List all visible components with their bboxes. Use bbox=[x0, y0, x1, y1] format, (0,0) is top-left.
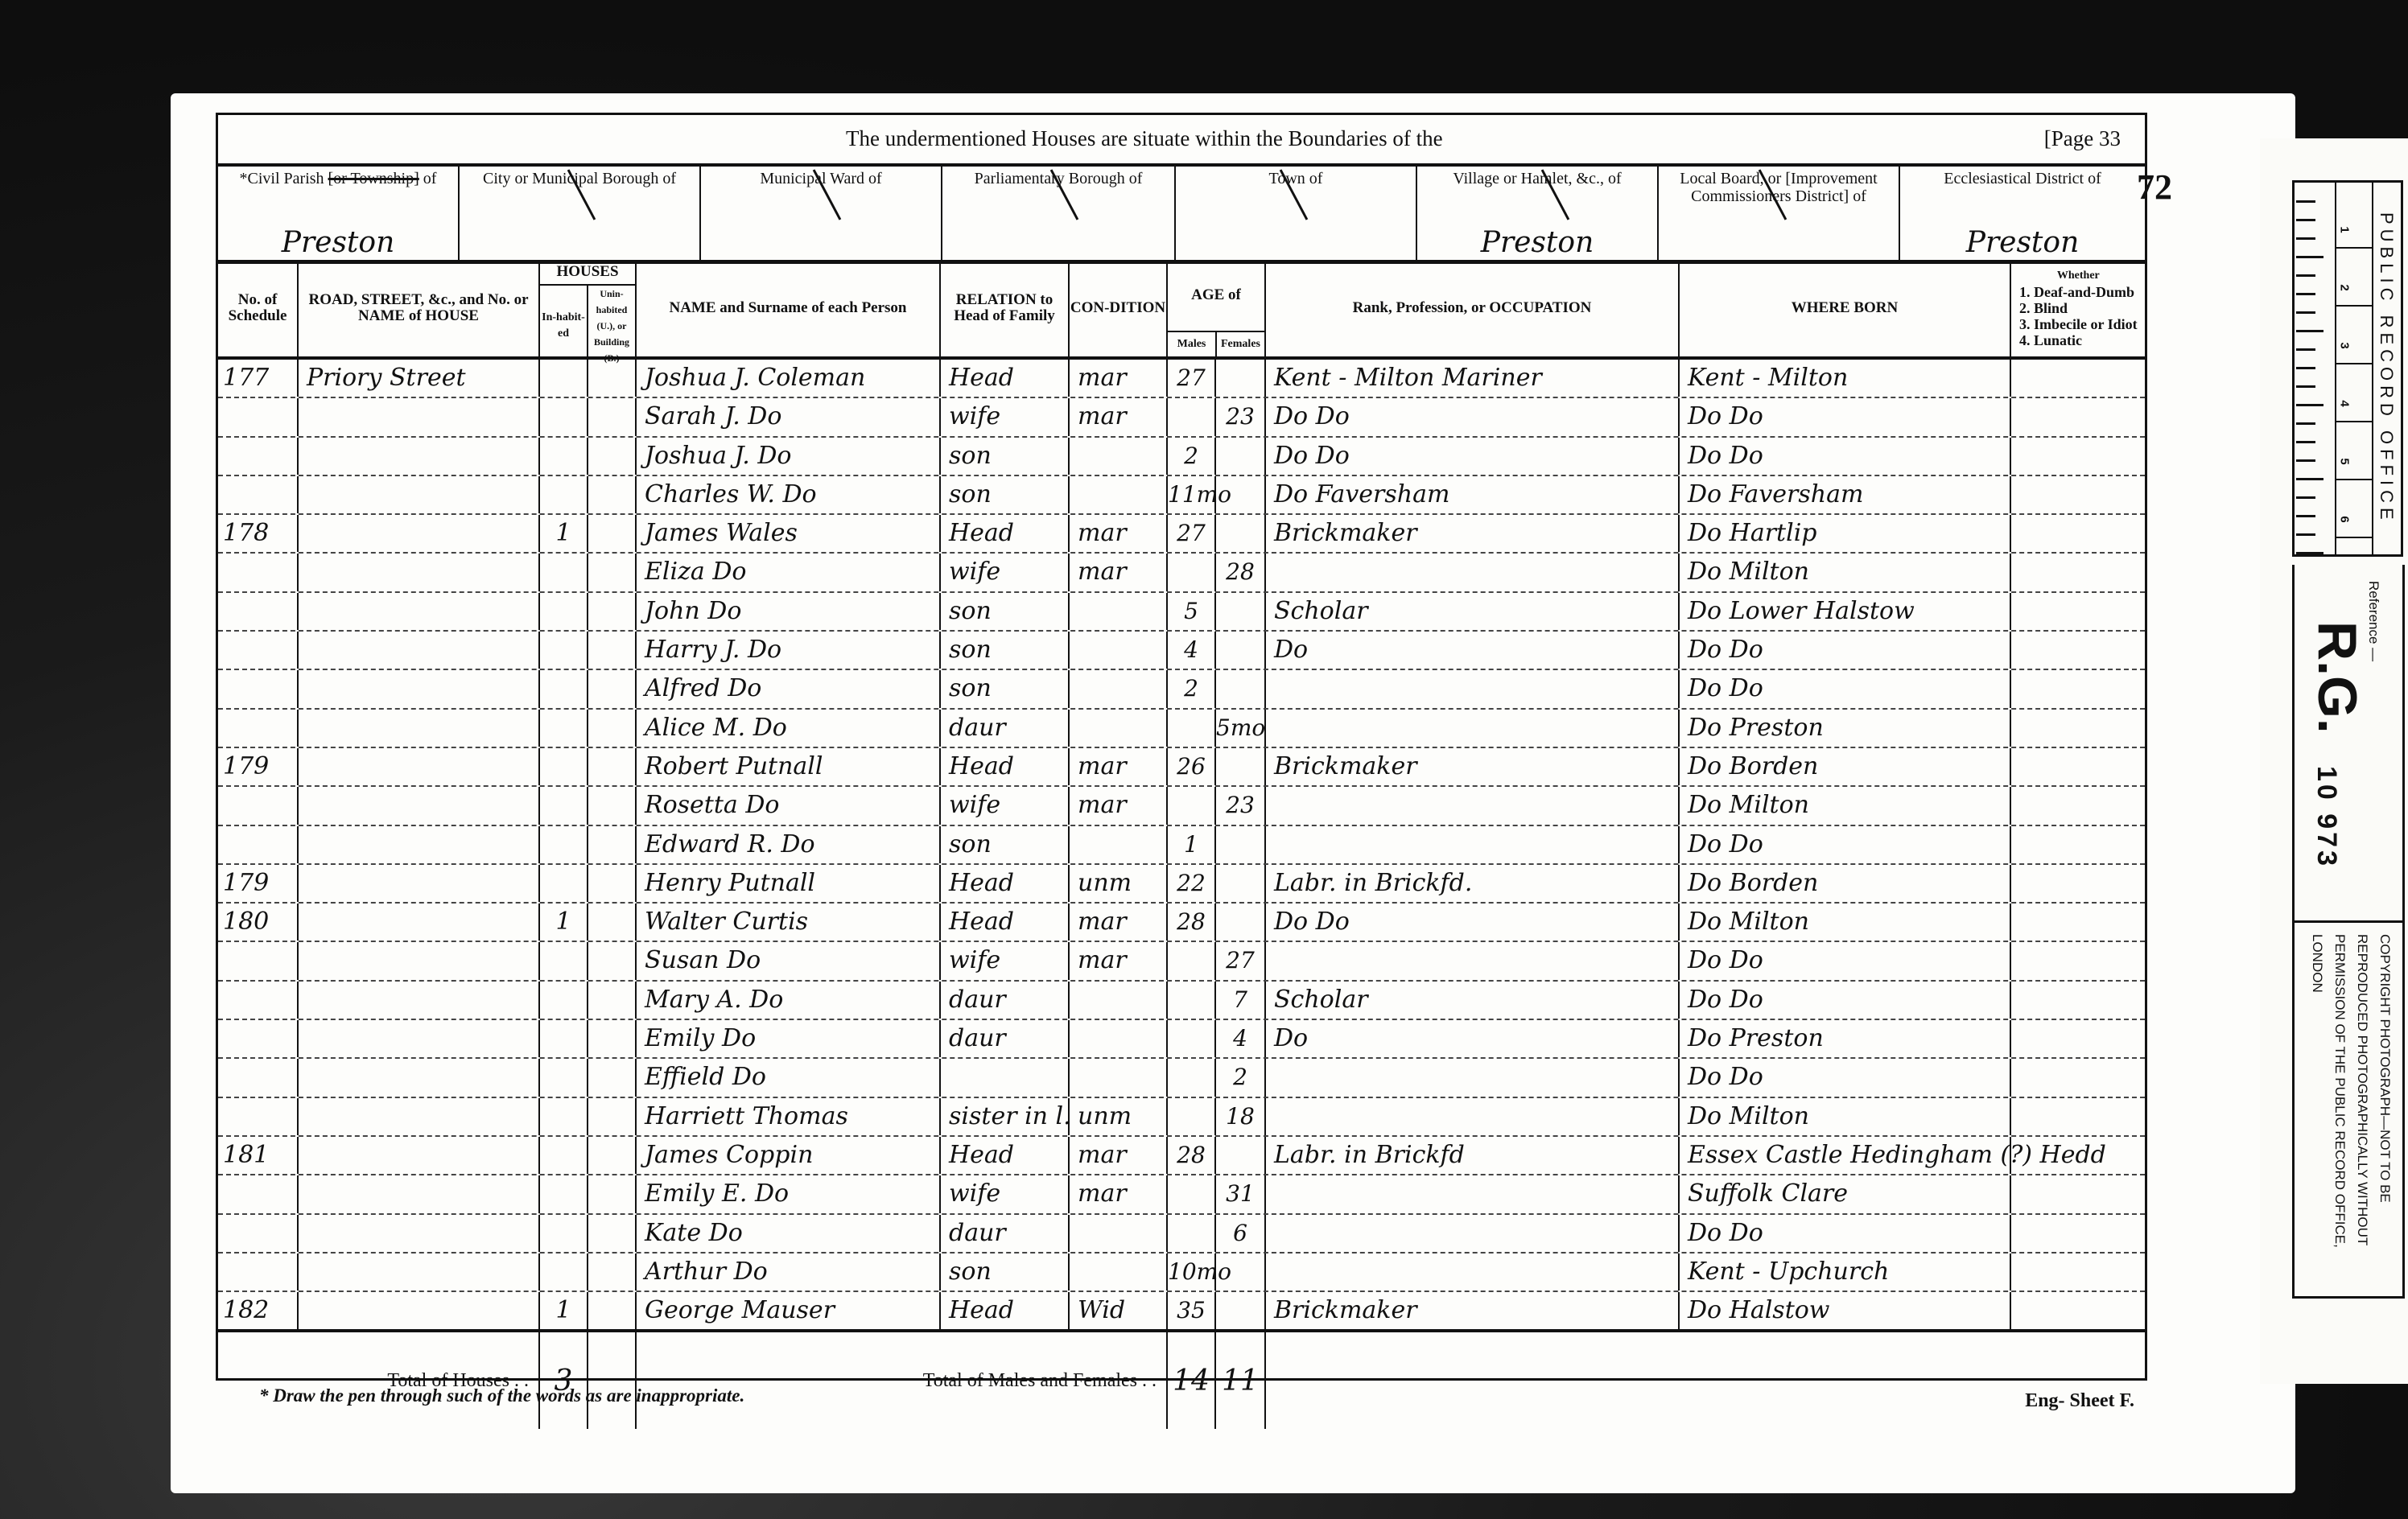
cell-occupation: Labr. in Brickfd bbox=[1266, 1137, 1680, 1174]
table-row: Mary A. Dodaur7ScholarDo Do bbox=[218, 982, 2145, 1020]
ruler-tick bbox=[2296, 552, 2323, 554]
table-row: Susan Dowifemar27Do Do bbox=[218, 942, 2145, 981]
cell-occupation: Labr. in Brickfd. bbox=[1266, 865, 1680, 902]
cell-condition: mar bbox=[1070, 360, 1168, 397]
sheet-mark: Eng- Sheet F. bbox=[2025, 1390, 2134, 1412]
cell-female-age: 23 bbox=[1216, 398, 1266, 435]
cell-where-born: Do Milton bbox=[1680, 904, 2011, 941]
cell-inhabited: 1 bbox=[540, 1292, 588, 1329]
cell-road bbox=[299, 710, 540, 747]
cell-male-age: 22 bbox=[1168, 865, 1216, 902]
cell-male-age bbox=[1168, 710, 1216, 747]
cell-uninhabited bbox=[588, 476, 637, 513]
boundary-label: Town of bbox=[1269, 170, 1323, 187]
cell-uninhabited bbox=[588, 1292, 637, 1329]
ruler-tick bbox=[2296, 385, 2315, 388]
cell-male-age: 2 bbox=[1168, 438, 1216, 475]
boundary-municipal-borough: City or Municipal Borough of bbox=[460, 163, 701, 260]
cell-road bbox=[299, 1059, 540, 1096]
boundary-parliamentary-borough: Parliamentary Borough of bbox=[942, 163, 1176, 260]
cell-occupation bbox=[1266, 710, 1680, 747]
cell-uninhabited bbox=[588, 1098, 637, 1135]
cell-relation: Head bbox=[941, 515, 1070, 552]
cell-schedule bbox=[218, 1253, 299, 1291]
cell-where-born: Do Borden bbox=[1680, 865, 2011, 902]
cell-infirmity bbox=[2011, 438, 2145, 475]
cell-female-age bbox=[1216, 515, 1266, 552]
cell-condition bbox=[1070, 1059, 1168, 1096]
cell-infirmity bbox=[2011, 710, 2145, 747]
cell-female-age bbox=[1216, 904, 1266, 941]
cell-inhabited bbox=[540, 1137, 588, 1174]
cell-occupation: Do bbox=[1266, 1020, 1680, 1057]
cell-female-age bbox=[1216, 1137, 1266, 1174]
header-name: NAME and Surname of each Person bbox=[637, 260, 941, 356]
cell-name: Sarah J. Do bbox=[637, 398, 941, 435]
cell-schedule: 181 bbox=[218, 1137, 299, 1174]
cell-condition: unm bbox=[1070, 865, 1168, 902]
totals-blank bbox=[1266, 1332, 2145, 1429]
ruler-tick bbox=[2296, 348, 2315, 351]
cell-condition: mar bbox=[1070, 787, 1168, 824]
cell-condition bbox=[1070, 982, 1168, 1019]
cm-number: 5 bbox=[2338, 458, 2352, 464]
cell-male-age: 11mo bbox=[1168, 476, 1216, 513]
cell-relation: wife bbox=[941, 1175, 1070, 1212]
cell-schedule: 177 bbox=[218, 360, 299, 397]
cell-relation: son bbox=[941, 670, 1070, 707]
cm-number: 2 bbox=[2338, 284, 2352, 290]
cell-where-born: Do Preston bbox=[1680, 710, 2011, 747]
cell-where-born: Do Hartlip bbox=[1680, 515, 2011, 552]
cell-occupation: Brickmaker bbox=[1266, 748, 1680, 785]
boundary-village: Village or Hamlet, &c., of Preston bbox=[1417, 163, 1659, 260]
cell-road bbox=[299, 670, 540, 707]
cell-male-age: 27 bbox=[1168, 360, 1216, 397]
cell-male-age bbox=[1168, 1175, 1216, 1212]
cm-divider bbox=[2335, 247, 2372, 249]
cell-female-age bbox=[1216, 476, 1266, 513]
boundary-ecclesiastical-district: Ecclesiastical District of Preston bbox=[1900, 163, 2145, 260]
cell-condition bbox=[1070, 826, 1168, 863]
cell-relation: Head bbox=[941, 360, 1070, 397]
cell-name: Edward R. Do bbox=[637, 826, 941, 863]
boundary-value: Preston bbox=[218, 234, 458, 252]
banner-title: The undermentioned Houses are situate wi… bbox=[846, 126, 1443, 151]
cell-road bbox=[299, 438, 540, 475]
ruler-tick bbox=[2296, 515, 2315, 517]
cell-uninhabited bbox=[588, 865, 637, 902]
cell-condition bbox=[1070, 710, 1168, 747]
total-houses-value: 3 bbox=[540, 1332, 588, 1429]
cell-name: Emily E. Do bbox=[637, 1175, 941, 1212]
cell-female-age bbox=[1216, 1292, 1266, 1329]
cell-inhabited bbox=[540, 593, 588, 630]
table-row: Joshua J. Doson2Do DoDo Do bbox=[218, 438, 2145, 476]
header-road: ROAD, STREET, &c., and No. or NAME of HO… bbox=[299, 260, 540, 356]
cell-name: Joshua J. Coleman bbox=[637, 360, 941, 397]
cell-inhabited bbox=[540, 982, 588, 1019]
cell-female-age: 6 bbox=[1216, 1215, 1266, 1252]
cell-where-born: Do Halstow bbox=[1680, 1292, 2011, 1329]
cell-female-age: 23 bbox=[1216, 787, 1266, 824]
cell-road bbox=[299, 904, 540, 941]
cell-inhabited bbox=[540, 787, 588, 824]
cell-infirmity bbox=[2011, 593, 2145, 630]
cell-schedule bbox=[218, 787, 299, 824]
cell-male-age: 1 bbox=[1168, 826, 1216, 863]
cell-uninhabited bbox=[588, 748, 637, 785]
cell-occupation: Brickmaker bbox=[1266, 1292, 1680, 1329]
cell-road bbox=[299, 1020, 540, 1057]
header-schedule: No. of Schedule bbox=[218, 260, 299, 356]
cell-road bbox=[299, 826, 540, 863]
table-row: John Doson5ScholarDo Lower Halstow bbox=[218, 593, 2145, 632]
cell-relation: daur bbox=[941, 1215, 1070, 1252]
header-age: AGE of Males Females bbox=[1168, 260, 1266, 356]
table-row: 179Henry PutnallHeadunm22Labr. in Brickf… bbox=[218, 865, 2145, 904]
cell-male-age bbox=[1168, 398, 1216, 435]
copyright-notice: COPYRIGHT PHOTOGRAPH—NOT TO BE REPRODUCE… bbox=[2292, 920, 2405, 1299]
cell-infirmity bbox=[2011, 1137, 2145, 1174]
cell-female-age bbox=[1216, 593, 1266, 630]
cell-where-born: Do Do bbox=[1680, 398, 2011, 435]
table-row: Sarah J. Dowifemar23Do DoDo Do bbox=[218, 398, 2145, 437]
cell-inhabited bbox=[540, 865, 588, 902]
ruler-tick bbox=[2296, 237, 2315, 240]
cm-divider bbox=[2335, 537, 2372, 538]
cell-occupation: Do bbox=[1266, 632, 1680, 669]
cell-male-age bbox=[1168, 787, 1216, 824]
table-row: 179Robert PutnallHeadmar26BrickmakerDo B… bbox=[218, 748, 2145, 787]
cell-relation bbox=[941, 1059, 1070, 1096]
ruler-tick bbox=[2296, 496, 2315, 499]
cell-uninhabited bbox=[588, 398, 637, 435]
cell-male-age: 10mo bbox=[1168, 1253, 1216, 1291]
table-row: 181James CoppinHeadmar28Labr. in Brickfd… bbox=[218, 1137, 2145, 1175]
cell-condition bbox=[1070, 670, 1168, 707]
cell-schedule bbox=[218, 593, 299, 630]
cell-inhabited bbox=[540, 710, 588, 747]
cell-name: Emily Do bbox=[637, 1020, 941, 1057]
cell-infirmity bbox=[2011, 904, 2145, 941]
cell-male-age: 28 bbox=[1168, 1137, 1216, 1174]
cell-condition: mar bbox=[1070, 1175, 1168, 1212]
cell-inhabited bbox=[540, 360, 588, 397]
cell-schedule bbox=[218, 670, 299, 707]
cell-female-age: 7 bbox=[1216, 982, 1266, 1019]
cell-uninhabited bbox=[588, 1215, 637, 1252]
cell-uninhabited bbox=[588, 670, 637, 707]
total-houses-label: Total of Houses . . bbox=[218, 1332, 540, 1429]
boundary-label: City or Municipal Borough of bbox=[483, 170, 676, 187]
cell-relation: son bbox=[941, 1253, 1070, 1291]
header-females: Females bbox=[1217, 332, 1264, 356]
cell-infirmity bbox=[2011, 1175, 2145, 1212]
ruler-tick bbox=[2296, 478, 2323, 480]
cell-uninhabited bbox=[588, 787, 637, 824]
cell-female-age: 18 bbox=[1216, 1098, 1266, 1135]
boundaries-row: *Civil Parish [or Township] of Preston C… bbox=[218, 163, 2145, 264]
cell-female-age bbox=[1216, 748, 1266, 785]
cell-condition bbox=[1070, 438, 1168, 475]
cell-uninhabited bbox=[588, 515, 637, 552]
table-row: Effield Do2Do Do bbox=[218, 1059, 2145, 1097]
cell-uninhabited bbox=[588, 1137, 637, 1174]
cell-inhabited: 1 bbox=[540, 904, 588, 941]
cell-road bbox=[299, 1175, 540, 1212]
cell-male-age: 35 bbox=[1168, 1292, 1216, 1329]
cell-road bbox=[299, 1137, 540, 1174]
footnote: * Draw the pen through such of the words… bbox=[259, 1385, 744, 1406]
cell-occupation: Do Do bbox=[1266, 398, 1680, 435]
boundary-label: Village or Hamlet, &c., of bbox=[1453, 170, 1621, 187]
cell-inhabited: 1 bbox=[540, 515, 588, 552]
cell-uninhabited bbox=[588, 1253, 637, 1291]
cell-female-age: 4 bbox=[1216, 1020, 1266, 1057]
cell-where-born: Kent - Milton bbox=[1680, 360, 2011, 397]
cell-uninhabited bbox=[588, 904, 637, 941]
cell-occupation: Brickmaker bbox=[1266, 515, 1680, 552]
cell-name: James Wales bbox=[637, 515, 941, 552]
cm-divider bbox=[2335, 479, 2372, 480]
ruler-tick bbox=[2296, 404, 2323, 406]
cell-uninhabited bbox=[588, 710, 637, 747]
table-row: Harry J. Doson4DoDo Do bbox=[218, 632, 2145, 670]
cell-infirmity bbox=[2011, 982, 2145, 1019]
cell-male-age bbox=[1168, 942, 1216, 979]
cell-schedule bbox=[218, 1215, 299, 1252]
cell-where-born: Do Preston bbox=[1680, 1020, 2011, 1057]
cell-occupation: Do Do bbox=[1266, 438, 1680, 475]
cell-condition: mar bbox=[1070, 554, 1168, 591]
cell-female-age bbox=[1216, 865, 1266, 902]
cell-female-age bbox=[1216, 826, 1266, 863]
cell-relation: wife bbox=[941, 554, 1070, 591]
cell-uninhabited bbox=[588, 826, 637, 863]
cell-schedule: 179 bbox=[218, 748, 299, 785]
cell-where-born: Do Milton bbox=[1680, 554, 2011, 591]
cell-relation: Head bbox=[941, 748, 1070, 785]
cell-infirmity bbox=[2011, 942, 2145, 979]
reference-series: R.G. bbox=[2306, 621, 2369, 734]
table-row: 1821George MauserHeadWid35BrickmakerDo H… bbox=[218, 1292, 2145, 1332]
cell-inhabited bbox=[540, 554, 588, 591]
ruler-label: PUBLIC RECORD OFFICE bbox=[2372, 183, 2401, 554]
cell-name: Susan Do bbox=[637, 942, 941, 979]
cell-female-age bbox=[1216, 438, 1266, 475]
header-relation: RELATION to Head of Family bbox=[941, 260, 1070, 356]
table-row: Kate Dodaur6Do Do bbox=[218, 1215, 2145, 1253]
cell-male-age: 26 bbox=[1168, 748, 1216, 785]
ruler-tick bbox=[2296, 367, 2315, 369]
cell-where-born: Do Do bbox=[1680, 982, 2011, 1019]
cell-where-born: Essex Castle Hedingham (?) Hedd bbox=[1680, 1137, 2011, 1174]
cell-infirmity bbox=[2011, 1253, 2145, 1291]
cell-infirmity bbox=[2011, 670, 2145, 707]
boundary-label: *Civil Parish [or Township] of bbox=[240, 170, 437, 187]
cell-male-age bbox=[1168, 1098, 1216, 1135]
cell-female-age: 31 bbox=[1216, 1175, 1266, 1212]
cell-infirmity bbox=[2011, 515, 2145, 552]
reference-strip: PUBLIC RECORD OFFICE 123456 Reference — … bbox=[2260, 138, 2408, 1384]
cell-road bbox=[299, 632, 540, 669]
cell-schedule bbox=[218, 438, 299, 475]
total-females: 11 bbox=[1216, 1332, 1266, 1429]
cell-schedule bbox=[218, 826, 299, 863]
cell-relation: daur bbox=[941, 982, 1070, 1019]
ruler-tick bbox=[2296, 293, 2315, 295]
table-row: Alice M. Dodaur5moDo Preston bbox=[218, 710, 2145, 748]
cell-inhabited bbox=[540, 670, 588, 707]
cell-name: Effield Do bbox=[637, 1059, 941, 1096]
cell-name: Arthur Do bbox=[637, 1253, 941, 1291]
table-row: 1801Walter CurtisHeadmar28Do DoDo Milton bbox=[218, 904, 2145, 942]
ruler-tick bbox=[2296, 441, 2315, 443]
reference-piece: 10 973 bbox=[2311, 766, 2342, 869]
cell-uninhabited bbox=[588, 982, 637, 1019]
cell-road: Priory Street bbox=[299, 360, 540, 397]
folio-number: 72 bbox=[2137, 167, 2172, 208]
table-row: Charles W. Doson11moDo FavershamDo Faver… bbox=[218, 476, 2145, 515]
cell-uninhabited bbox=[588, 554, 637, 591]
cell-schedule: 180 bbox=[218, 904, 299, 941]
cell-schedule bbox=[218, 710, 299, 747]
cm-number: 6 bbox=[2338, 516, 2352, 522]
ruler-tick bbox=[2296, 459, 2315, 462]
cell-road bbox=[299, 942, 540, 979]
cell-name: Kate Do bbox=[637, 1215, 941, 1252]
boundary-civil-parish: *Civil Parish [or Township] of Preston bbox=[218, 163, 460, 260]
census-form: The undermentioned Houses are situate wi… bbox=[216, 113, 2147, 1381]
cell-uninhabited bbox=[588, 438, 637, 475]
boundary-label: Ecclesiastical District of bbox=[1944, 170, 2101, 187]
total-uninhabited bbox=[588, 1332, 637, 1429]
cell-road bbox=[299, 1253, 540, 1291]
cell-schedule bbox=[218, 942, 299, 979]
cell-inhabited bbox=[540, 1098, 588, 1135]
ruler-tick bbox=[2296, 200, 2315, 203]
cell-female-age bbox=[1216, 632, 1266, 669]
cell-name: Eliza Do bbox=[637, 554, 941, 591]
cm-divider bbox=[2335, 305, 2372, 307]
cell-infirmity bbox=[2011, 1098, 2145, 1135]
cell-inhabited bbox=[540, 942, 588, 979]
cell-schedule bbox=[218, 982, 299, 1019]
cell-infirmity bbox=[2011, 865, 2145, 902]
cell-infirmity bbox=[2011, 1215, 2145, 1252]
cell-condition: mar bbox=[1070, 515, 1168, 552]
cell-where-born: Do Do bbox=[1680, 438, 2011, 475]
cell-where-born: Do Do bbox=[1680, 942, 2011, 979]
cell-condition: mar bbox=[1070, 1137, 1168, 1174]
cell-uninhabited bbox=[588, 942, 637, 979]
cell-infirmity bbox=[2011, 787, 2145, 824]
cell-where-born: Do Do bbox=[1680, 1059, 2011, 1096]
cell-infirmity bbox=[2011, 632, 2145, 669]
total-persons-label: Total of Males and Females . . bbox=[637, 1332, 1168, 1429]
cell-relation: son bbox=[941, 438, 1070, 475]
cell-where-born: Kent - Upchurch bbox=[1680, 1253, 2011, 1291]
cell-where-born: Do Milton bbox=[1680, 1098, 2011, 1135]
cell-schedule bbox=[218, 398, 299, 435]
cell-road bbox=[299, 865, 540, 902]
header-males: Males bbox=[1168, 332, 1217, 356]
cell-infirmity bbox=[2011, 1292, 2145, 1329]
cell-occupation: Do Faversham bbox=[1266, 476, 1680, 513]
cell-road bbox=[299, 593, 540, 630]
cell-condition bbox=[1070, 1253, 1168, 1291]
table-row: Edward R. Doson1Do Do bbox=[218, 826, 2145, 865]
ruler-tick bbox=[2296, 330, 2323, 332]
cell-condition: Wid bbox=[1070, 1292, 1168, 1329]
cell-infirmity bbox=[2011, 398, 2145, 435]
cell-road bbox=[299, 1292, 540, 1329]
cell-female-age bbox=[1216, 1253, 1266, 1291]
cell-where-born: Do Lower Halstow bbox=[1680, 593, 2011, 630]
cell-relation: son bbox=[941, 826, 1070, 863]
cell-name: George Mauser bbox=[637, 1292, 941, 1329]
cell-relation: daur bbox=[941, 710, 1070, 747]
header-houses: HOUSES In-habit-ed Unin-habited (U.), or… bbox=[540, 260, 637, 356]
cell-relation: son bbox=[941, 632, 1070, 669]
cell-infirmity bbox=[2011, 826, 2145, 863]
cell-where-born: Do Faversham bbox=[1680, 476, 2011, 513]
cell-name: Rosetta Do bbox=[637, 787, 941, 824]
cell-condition bbox=[1070, 632, 1168, 669]
boundary-municipal-ward: Municipal Ward of bbox=[701, 163, 942, 260]
cell-uninhabited bbox=[588, 360, 637, 397]
cell-relation: daur bbox=[941, 1020, 1070, 1057]
cell-schedule bbox=[218, 1059, 299, 1096]
cell-relation: son bbox=[941, 593, 1070, 630]
table-row: Eliza Dowifemar28Do Milton bbox=[218, 554, 2145, 592]
cell-road bbox=[299, 787, 540, 824]
cell-schedule bbox=[218, 1098, 299, 1135]
cell-female-age bbox=[1216, 360, 1266, 397]
cell-inhabited bbox=[540, 398, 588, 435]
ruler-tick bbox=[2296, 274, 2315, 277]
cell-condition: mar bbox=[1070, 904, 1168, 941]
cell-road bbox=[299, 476, 540, 513]
table-row: 1781James WalesHeadmar27BrickmakerDo Har… bbox=[218, 515, 2145, 554]
form-banner: The undermentioned Houses are situate wi… bbox=[218, 115, 2145, 167]
cell-inhabited bbox=[540, 1020, 588, 1057]
cell-name: Harriett Thomas bbox=[637, 1098, 941, 1135]
cell-infirmity bbox=[2011, 1020, 2145, 1057]
cell-occupation bbox=[1266, 942, 1680, 979]
table-row: 177Priory StreetJoshua J. ColemanHeadmar… bbox=[218, 360, 2145, 398]
cell-where-born: Suffolk Clare bbox=[1680, 1175, 2011, 1212]
cell-relation: wife bbox=[941, 942, 1070, 979]
cell-name: Alfred Do bbox=[637, 670, 941, 707]
total-males: 14 bbox=[1168, 1332, 1216, 1429]
cell-occupation: Scholar bbox=[1266, 982, 1680, 1019]
cell-uninhabited bbox=[588, 593, 637, 630]
cell-inhabited bbox=[540, 826, 588, 863]
cell-road bbox=[299, 748, 540, 785]
cell-condition bbox=[1070, 593, 1168, 630]
cell-schedule: 179 bbox=[218, 865, 299, 902]
cell-inhabited bbox=[540, 748, 588, 785]
cell-occupation bbox=[1266, 826, 1680, 863]
cell-relation: sister in l. bbox=[941, 1098, 1070, 1135]
cell-female-age: 27 bbox=[1216, 942, 1266, 979]
cell-name: Alice M. Do bbox=[637, 710, 941, 747]
page-number: [Page 33 bbox=[2044, 126, 2121, 151]
cell-occupation bbox=[1266, 1175, 1680, 1212]
header-condition: CON-DITION bbox=[1070, 260, 1168, 356]
